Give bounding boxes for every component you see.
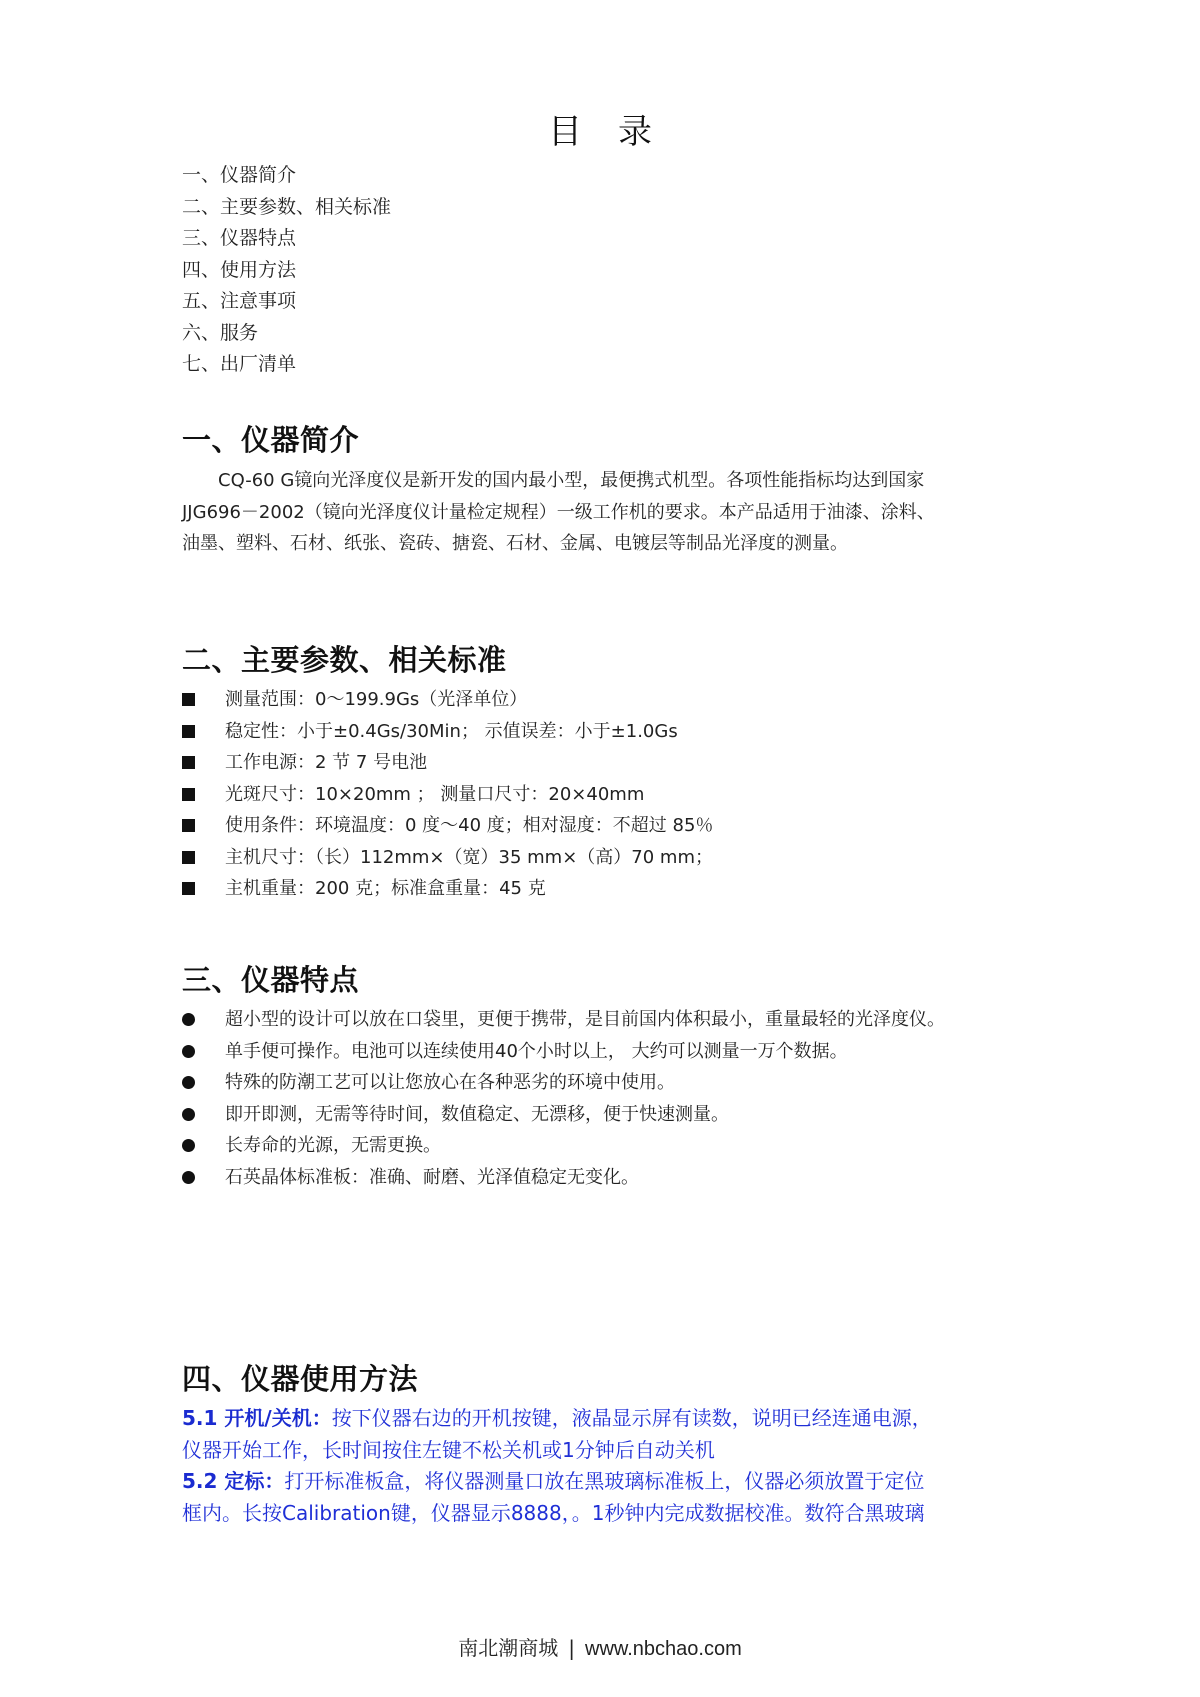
circle-bullet-icon — [182, 1171, 195, 1184]
parameter-text: 稳定性：小于±0.4Gs/30Min； 示值误差：小于±1.0Gs — [225, 716, 678, 748]
feature-text: 长寿命的光源，无需更换。 — [225, 1130, 441, 1162]
footer-brand: 南北潮商城 — [458, 1636, 558, 1660]
step-title: 5.2 定标： — [182, 1469, 284, 1493]
feature-item: 特殊的防潮工艺可以让您放心在各种恶劣的环境中使用。 — [182, 1067, 945, 1099]
parameter-text: 使用条件：环境温度：0 度～40 度；相对湿度：不超过 85％ — [225, 810, 713, 842]
circle-bullet-icon — [182, 1108, 195, 1121]
page-footer: 南北潮商城|www.nbchao.com — [0, 1632, 1200, 1661]
feature-item: 长寿命的光源，无需更换。 — [182, 1130, 945, 1162]
square-bullet-icon — [182, 819, 195, 832]
circle-bullet-icon — [182, 1013, 195, 1026]
paragraph-line: 油墨、塑料、石材、纸张、瓷砖、搪瓷、石材、金属、电镀层等制品光泽度的测量。 — [182, 528, 1082, 560]
square-bullet-icon — [182, 882, 195, 895]
feature-item: 单手便可操作。电池可以连续使用40个小时以上， 大约可以测量一万个数据。 — [182, 1036, 945, 1068]
step-text: 按下仪器右边的开机按键，液晶显示屏有读数，说明已经连通电源， — [332, 1406, 932, 1430]
parameter-item: 主机重量：200 克；标准盒重量：45 克 — [182, 873, 713, 905]
toc-item[interactable]: 三、仪器特点 — [182, 223, 391, 255]
feature-text: 石英晶体标准板：准确、耐磨、光泽值稳定无变化。 — [225, 1162, 639, 1194]
square-bullet-icon — [182, 851, 195, 864]
parameter-text: 主机尺寸：（长）112mm×（宽）35 mm×（高）70 mm； — [225, 842, 713, 874]
feature-text: 单手便可操作。电池可以连续使用40个小时以上， 大约可以测量一万个数据。 — [225, 1036, 848, 1068]
feature-item: 即开即测，无需等待时间，数值稳定、无漂移，便于快速测量。 — [182, 1099, 945, 1131]
circle-bullet-icon — [182, 1045, 195, 1058]
parameter-item: 主机尺寸：（长）112mm×（宽）35 mm×（高）70 mm； — [182, 842, 713, 874]
paragraph-line: JJG696－2002（镜向光泽度仪计量检定规程）一级工作机的要求。本产品适用于… — [182, 497, 1082, 529]
footer-site-link[interactable]: www.nbchao.com — [585, 1638, 742, 1660]
document-page: 目录 一、仪器简介 二、主要参数、相关标准 三、仪器特点 四、使用方法 五、注意… — [0, 0, 1200, 1697]
feature-text: 即开即测，无需等待时间，数值稳定、无漂移，便于快速测量。 — [225, 1099, 729, 1131]
toc-item[interactable]: 六、服务 — [182, 318, 391, 350]
parameter-item: 工作电源：2 节 7 号电池 — [182, 747, 713, 779]
toc-title: 目录 — [0, 104, 1200, 153]
square-bullet-icon — [182, 725, 195, 738]
feature-item: 石英晶体标准板：准确、耐磨、光泽值稳定无变化。 — [182, 1162, 945, 1194]
parameter-item: 测量范围：0～199.9Gs（光泽单位） — [182, 684, 713, 716]
toc-item[interactable]: 二、主要参数、相关标准 — [182, 192, 391, 224]
footer-separator: | — [558, 1636, 585, 1660]
usage-step-calibration: 5.2 定标：打开标准板盒，将仪器测量口放在黑玻璃标准板上，仪器必须放置于定位 — [182, 1466, 1082, 1498]
section-heading-introduction: 一、仪器简介 — [182, 418, 359, 459]
parameter-item: 光斑尺寸：10×20mm ； 测量口尺寸：20×40mm — [182, 779, 713, 811]
table-of-contents: 一、仪器简介 二、主要参数、相关标准 三、仪器特点 四、使用方法 五、注意事项 … — [182, 160, 391, 381]
parameter-text: 测量范围：0～199.9Gs（光泽单位） — [225, 684, 527, 716]
square-bullet-icon — [182, 788, 195, 801]
step-text-continued: 仪器开始工作，长时间按住左键不松关机或1分钟后自动关机 — [182, 1435, 1082, 1467]
parameter-item: 稳定性：小于±0.4Gs/30Min； 示值误差：小于±1.0Gs — [182, 716, 713, 748]
feature-item: 超小型的设计可以放在口袋里，更便于携带，是目前国内体积最小，重量最轻的光泽度仪。 — [182, 1004, 945, 1036]
section-heading-usage: 四、仪器使用方法 — [182, 1357, 418, 1398]
parameter-text: 光斑尺寸：10×20mm ； 测量口尺寸：20×40mm — [225, 779, 644, 811]
step-text: 打开标准板盒，将仪器测量口放在黑玻璃标准板上，仪器必须放置于定位 — [284, 1469, 924, 1493]
feature-list: 超小型的设计可以放在口袋里，更便于携带，是目前国内体积最小，重量最轻的光泽度仪。… — [182, 1004, 945, 1193]
square-bullet-icon — [182, 756, 195, 769]
introduction-paragraph: CQ-60 G镜向光泽度仪是新开发的国内最小型，最便携式机型。各项性能指标均达到… — [182, 465, 1082, 560]
paragraph-line: CQ-60 G镜向光泽度仪是新开发的国内最小型，最便携式机型。各项性能指标均达到… — [182, 465, 1082, 497]
section-heading-parameters: 二、主要参数、相关标准 — [182, 638, 507, 679]
section-heading-features: 三、仪器特点 — [182, 958, 359, 999]
toc-item[interactable]: 七、出厂清单 — [182, 349, 391, 381]
circle-bullet-icon — [182, 1139, 195, 1152]
toc-item[interactable]: 五、注意事项 — [182, 286, 391, 318]
feature-text: 超小型的设计可以放在口袋里，更便于携带，是目前国内体积最小，重量最轻的光泽度仪。 — [225, 1004, 945, 1036]
square-bullet-icon — [182, 693, 195, 706]
parameter-text: 主机重量：200 克；标准盒重量：45 克 — [225, 873, 546, 905]
parameter-list: 测量范围：0～199.9Gs（光泽单位） 稳定性：小于±0.4Gs/30Min；… — [182, 684, 713, 905]
circle-bullet-icon — [182, 1076, 195, 1089]
step-title: 5.1 开机/关机： — [182, 1406, 332, 1430]
step-text-continued: 框内。长按Calibration键，仪器显示8888，。1秒钟内完成数据校准。数… — [182, 1498, 1082, 1530]
usage-steps: 5.1 开机/关机：按下仪器右边的开机按键，液晶显示屏有读数，说明已经连通电源，… — [182, 1403, 1082, 1529]
parameter-item: 使用条件：环境温度：0 度～40 度；相对湿度：不超过 85％ — [182, 810, 713, 842]
toc-item[interactable]: 四、使用方法 — [182, 255, 391, 287]
feature-text: 特殊的防潮工艺可以让您放心在各种恶劣的环境中使用。 — [225, 1067, 675, 1099]
toc-item[interactable]: 一、仪器简介 — [182, 160, 391, 192]
parameter-text: 工作电源：2 节 7 号电池 — [225, 747, 427, 779]
usage-step-power: 5.1 开机/关机：按下仪器右边的开机按键，液晶显示屏有读数，说明已经连通电源， — [182, 1403, 1082, 1435]
